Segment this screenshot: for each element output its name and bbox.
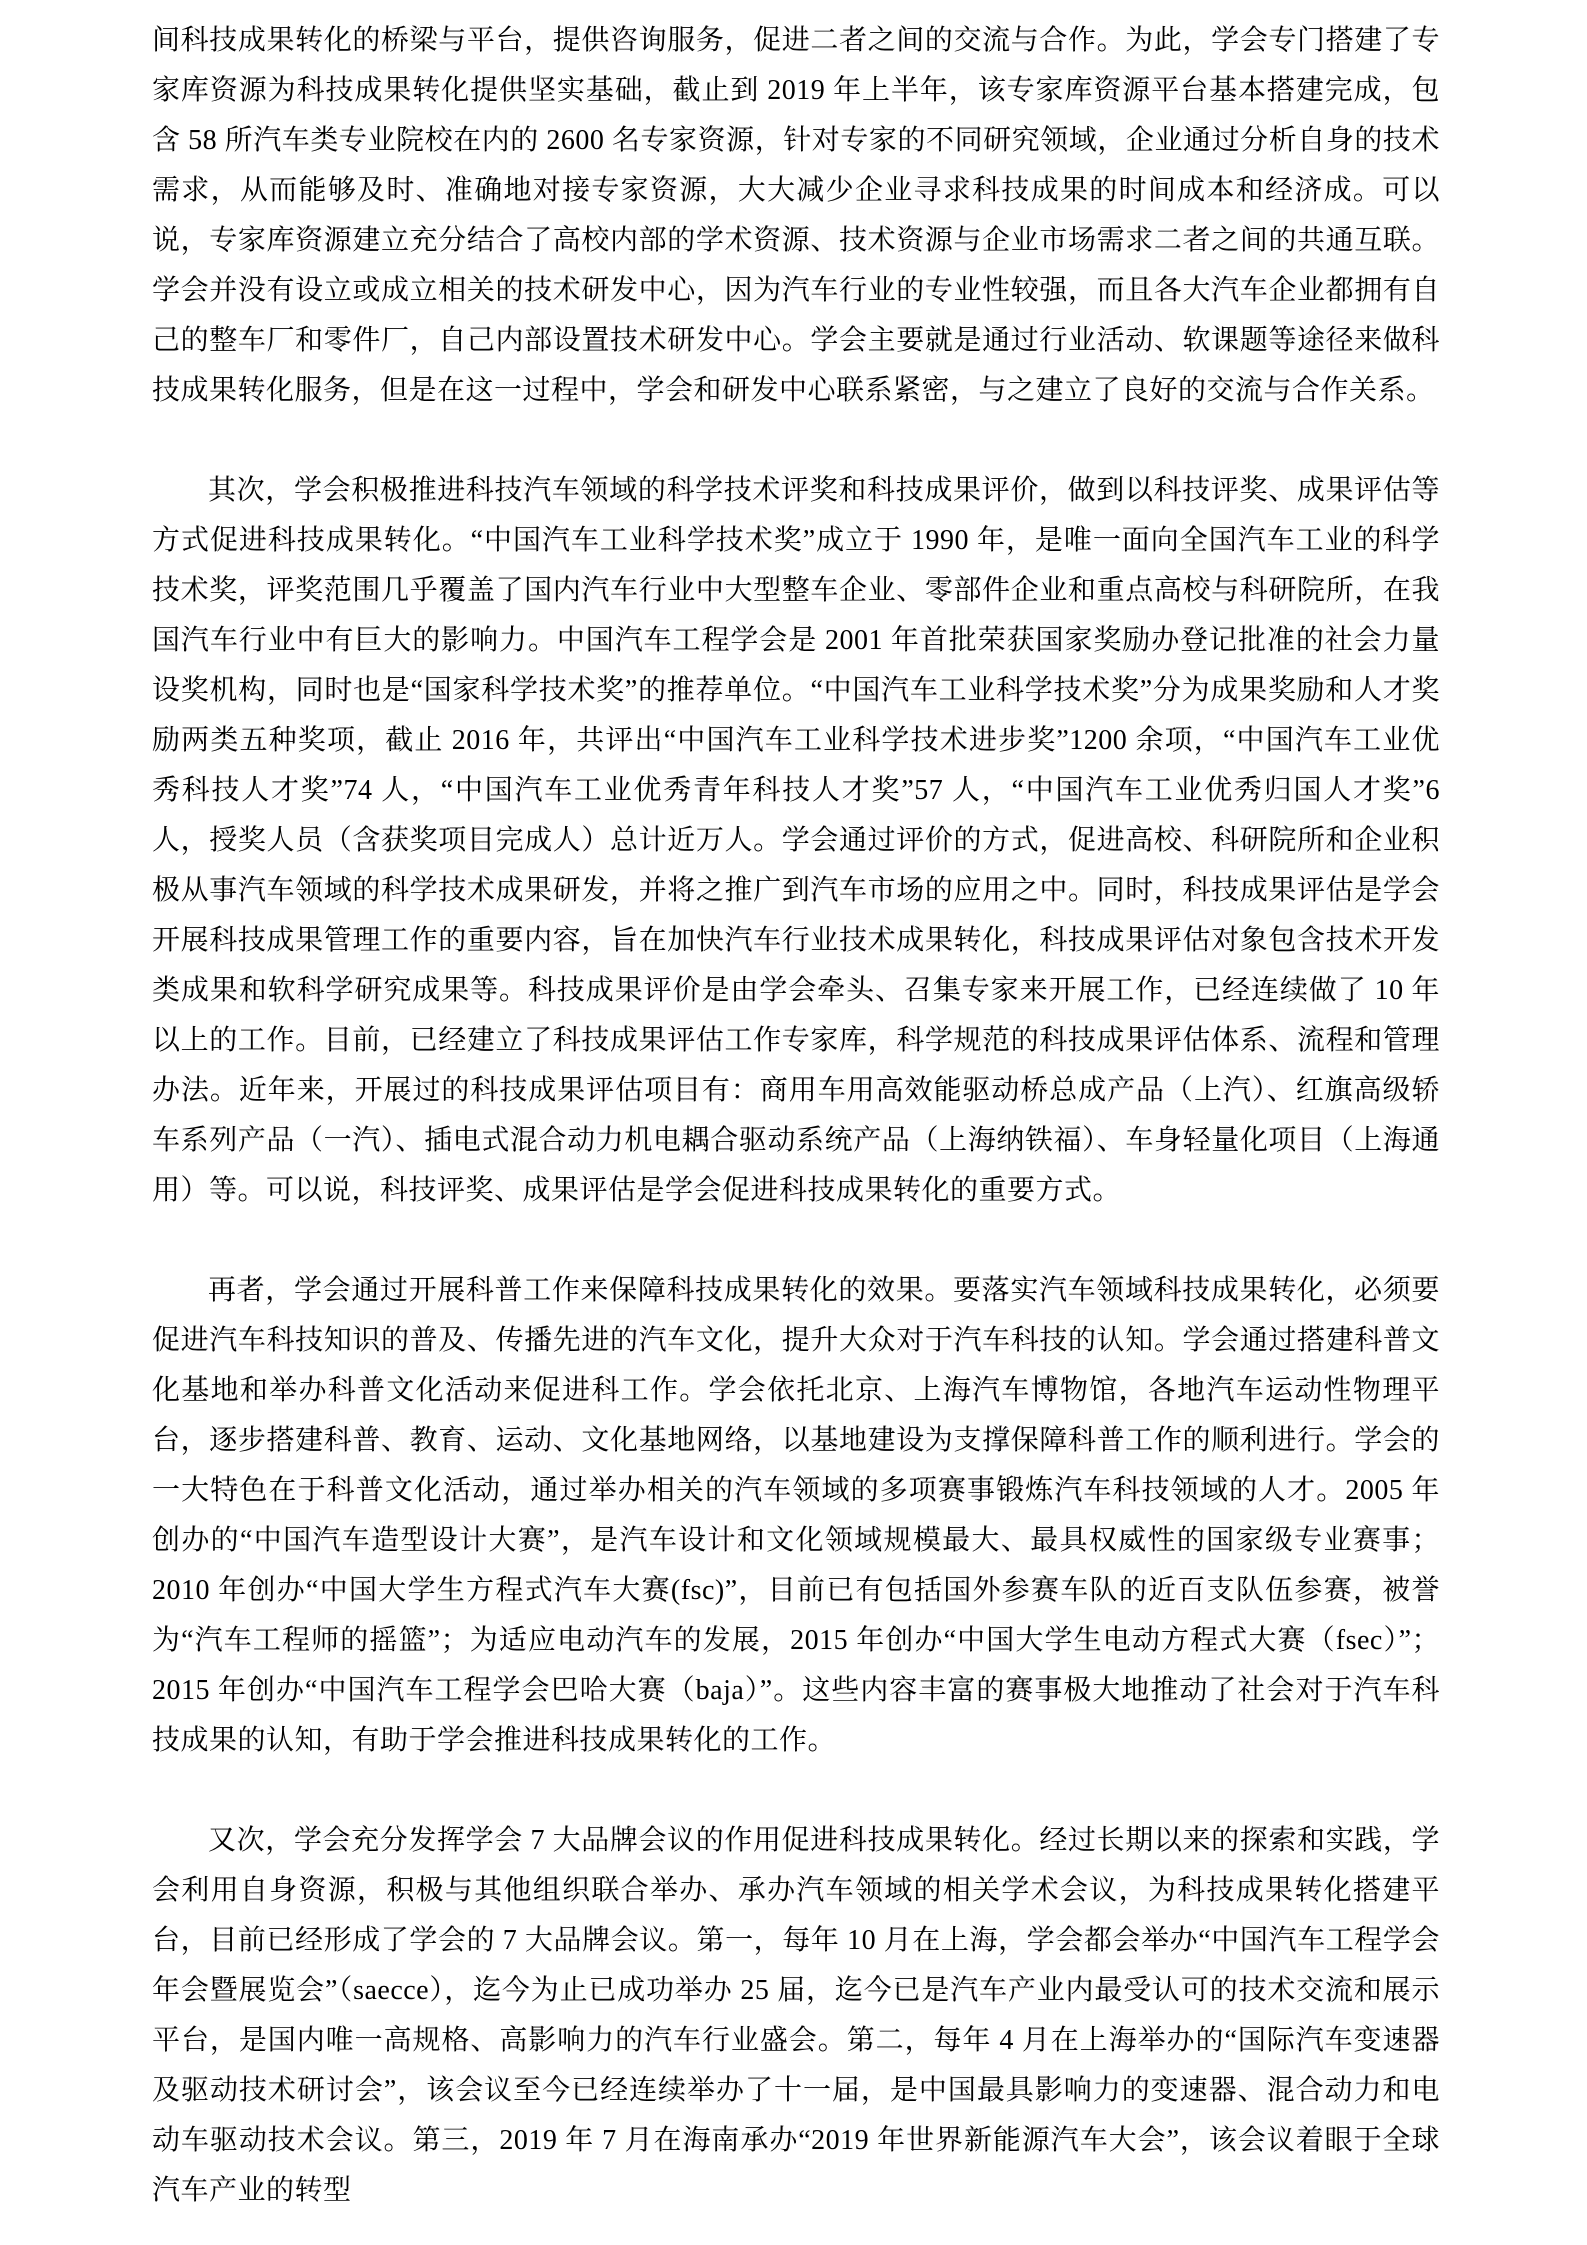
body-paragraph-4: 又次，学会充分发挥学会 7 大品牌会议的作用促进科技成果转化。经过长期以来的探索… bbox=[152, 1816, 1440, 2216]
body-paragraph-2: 其次，学会积极推进科技汽车领域的科学技术评奖和科技成果评价，做到以科技评奖、成果… bbox=[152, 466, 1440, 1216]
body-paragraph-3: 再者，学会通过开展科普工作来保障科技成果转化的效果。要落实汽车领域科技成果转化，… bbox=[152, 1266, 1440, 1766]
body-paragraph-1: 间科技成果转化的桥梁与平台，提供咨询服务，促进二者之间的交流与合作。为此，学会专… bbox=[152, 16, 1440, 416]
document-page: 间科技成果转化的桥梁与平台，提供咨询服务，促进二者之间的交流与合作。为此，学会专… bbox=[0, 0, 1587, 2245]
